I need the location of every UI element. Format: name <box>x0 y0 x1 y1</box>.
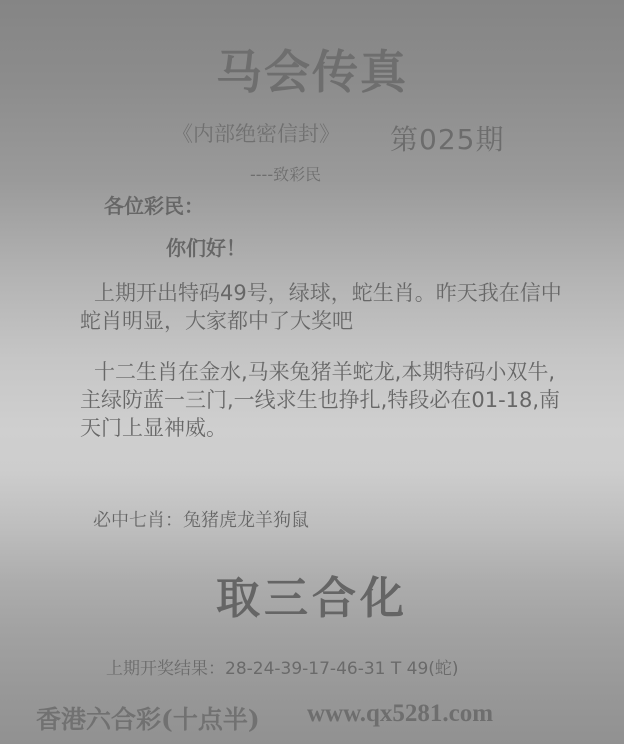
greeting: 各位彩民： <box>104 190 204 219</box>
last-result-label: 上期开奖结果： <box>106 659 225 679</box>
combination-heading: 取三合化 <box>0 562 624 626</box>
document-subtitle: 《内部绝密信封》 <box>172 118 340 148</box>
paragraph-last-result: 上期开出特码49号，绿球，蛇生肖。昨天我在信中蛇肖明显，大家都中了大奖吧 <box>80 279 570 335</box>
last-result-line: 上期开奖结果：28-24-39-17-46-31 T 49(蛇) <box>106 654 459 679</box>
page-title: 马会传真 <box>0 36 624 102</box>
footer-brand: 香港六合彩(十点半) <box>36 700 260 736</box>
seven-zodiac-line: 必中七肖：兔猪虎龙羊狗鼠 <box>93 506 309 532</box>
paragraph-prediction: 十二生肖在金水,马来兔猪羊蛇龙,本期特码小双牛,主绿防蓝一三门,一线求生也挣扎,… <box>80 358 570 442</box>
issue-number: 第025期 <box>390 118 504 158</box>
last-result-numbers: 28-24-39-17-46-31 T 49(蛇) <box>225 659 459 679</box>
hello-line: 你们好！ <box>166 232 246 261</box>
addressee-line: ----致彩民 <box>250 162 321 185</box>
footer-url-watermark: www.qx5281.com <box>307 700 493 728</box>
